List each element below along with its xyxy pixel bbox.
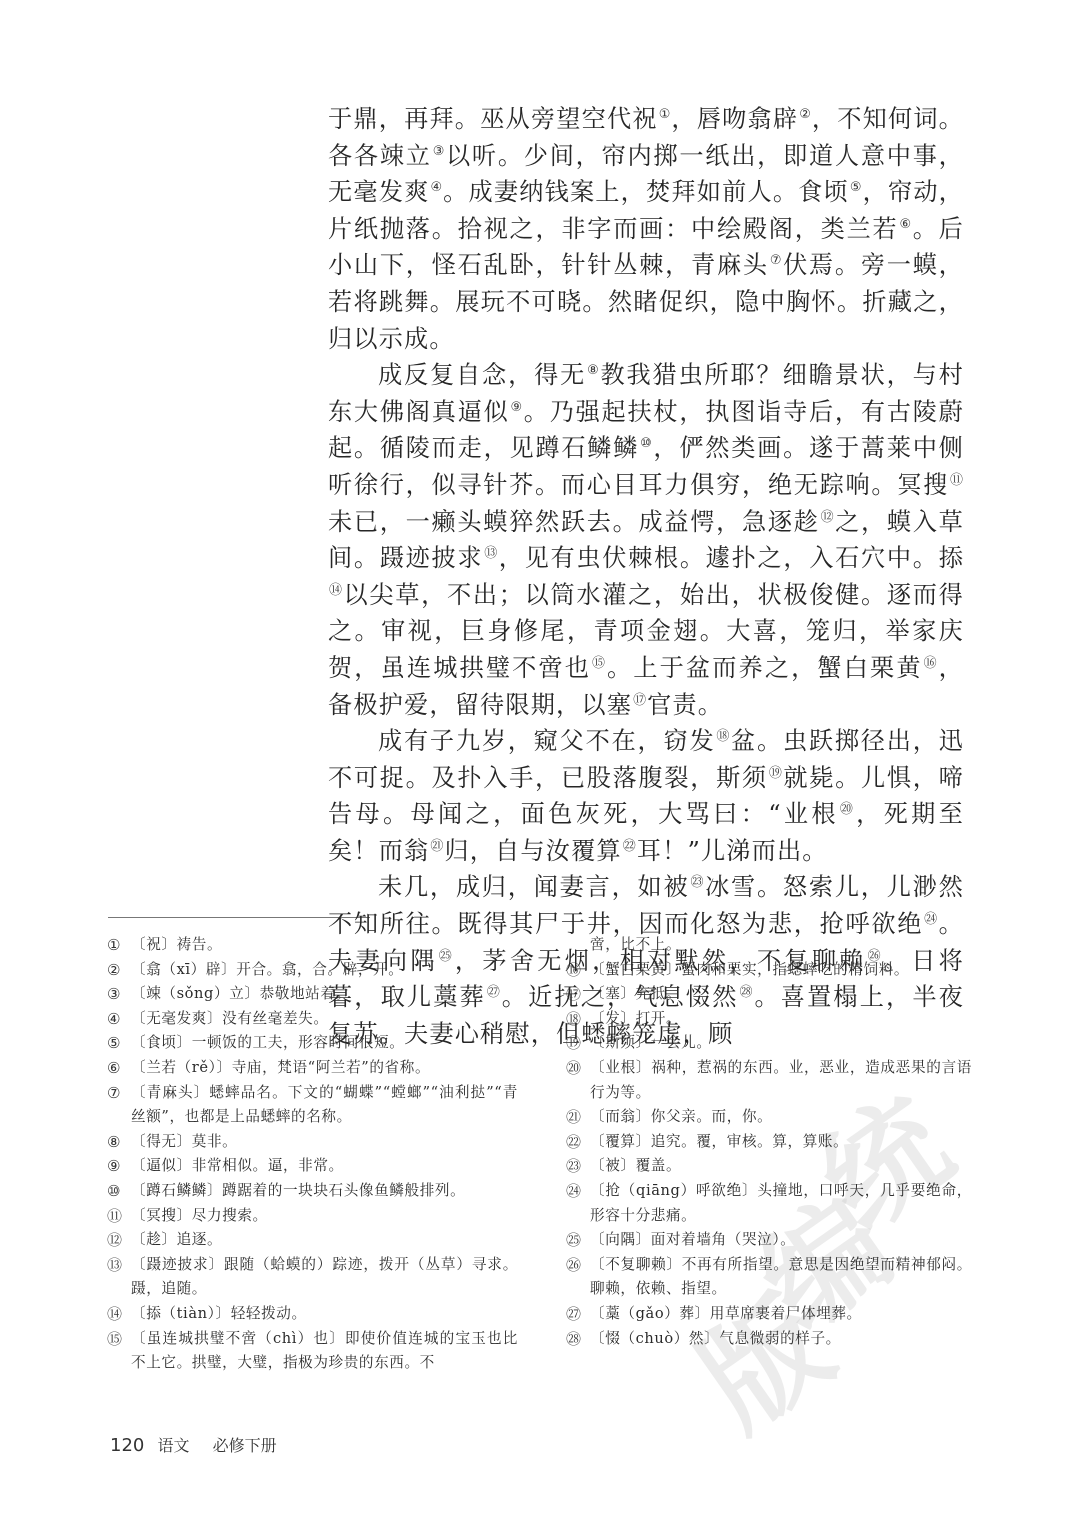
footnote-item: ⑬〔蹑迹披求〕跟随（蛤蟆的）踪迹，拨开（丛草）寻求。蹑，追随。 bbox=[108, 1253, 518, 1302]
text-run: 。上于盆而养之，蟹白栗黄 bbox=[607, 654, 923, 682]
footnote-term: 〔趁〕 bbox=[131, 1231, 177, 1248]
footnote-term: 〔蟹白栗黄〕 bbox=[590, 961, 681, 978]
footnote-ref[interactable]: ③ bbox=[433, 144, 445, 159]
footnote-term: 〔斯须〕 bbox=[590, 1034, 651, 1051]
footnote-text: 你父亲。而，你。 bbox=[651, 1108, 773, 1125]
text-run: 成有子九岁，窥父不在，窃发 bbox=[378, 727, 715, 755]
text-run: 成反复自念，得无 bbox=[378, 361, 586, 389]
text-run: 官责。 bbox=[647, 691, 723, 719]
footnote-term: 〔塞〕 bbox=[590, 985, 636, 1002]
page-footer: 120 语文 必修下册 bbox=[110, 1433, 277, 1456]
footnote-text: 面对着墙角（哭泣）。 bbox=[651, 1231, 796, 1248]
text-run: ，唇吻翕辟 bbox=[671, 105, 798, 133]
paragraph: 成有子九岁，窥父不在，窃发⑱盆。虫跃掷径出，迅不可捉。及扑入手，已股落腹裂，斯须… bbox=[328, 723, 964, 869]
footnote-number: ⑦ bbox=[107, 1081, 121, 1106]
footnote-term: 〔青麻头〕 bbox=[131, 1084, 209, 1101]
footnote-number: ③ bbox=[107, 982, 121, 1007]
footnote-term: 〔蹑迹披求〕 bbox=[131, 1256, 224, 1273]
footnote-number: ㉘ bbox=[566, 1327, 582, 1352]
footnote-number: ⑫ bbox=[107, 1228, 123, 1253]
footnote-ref[interactable]: ⑱ bbox=[716, 729, 730, 744]
footnote-ref[interactable]: ⑲ bbox=[769, 766, 783, 781]
footnote-text: 气息微弱的样子。 bbox=[719, 1330, 841, 1347]
footnote-item: ㉔〔抢（qiāng）呼欲绝〕头撞地，口呼天，几乎要绝命，形容十分悲痛。 bbox=[567, 1179, 972, 1228]
footnote-term: 〔而翁〕 bbox=[590, 1108, 651, 1125]
footnote-item: ㉑〔而翁〕你父亲。而，你。 bbox=[567, 1105, 972, 1130]
footnotes-left-column: ①〔祝〕祷告。②〔翕（xī）辟〕开合。翕，合。辟，开。③〔竦（sǒng）立〕恭敬… bbox=[108, 933, 518, 1376]
footnote-item: ⑲〔斯须〕一会儿。 bbox=[567, 1031, 972, 1056]
footnote-ref[interactable]: ⑩ bbox=[640, 436, 652, 451]
page-number: 120 bbox=[110, 1435, 144, 1456]
footnote-item: ⑭〔掭（tiàn）〕轻轻拨动。 bbox=[108, 1302, 518, 1327]
footnote-item: ④〔无毫发爽〕没有丝毫差失。 bbox=[108, 1007, 518, 1032]
footnote-ref[interactable]: ㉓ bbox=[690, 875, 704, 890]
footnote-number: ㉗ bbox=[566, 1302, 582, 1327]
footnote-text: 非常相似。逼，非常。 bbox=[192, 1157, 344, 1174]
footnote-text: 没有丝毫差失。 bbox=[222, 1010, 328, 1027]
footnote-number: ⑭ bbox=[107, 1302, 123, 1327]
footnote-number: ⑩ bbox=[107, 1179, 121, 1204]
footnote-number: ⑧ bbox=[107, 1130, 121, 1155]
footnote-term: 〔无毫发爽〕 bbox=[131, 1010, 222, 1027]
footnote-number: ⑱ bbox=[566, 1007, 582, 1032]
footnote-ref[interactable]: ⑧ bbox=[587, 363, 599, 378]
footnote-term: 〔掭（tiàn）〕 bbox=[131, 1305, 231, 1322]
footnote-number: ㉑ bbox=[566, 1105, 582, 1130]
footnote-ref[interactable]: ⑤ bbox=[850, 180, 862, 195]
footnote-continuation: 啻，比不上。 bbox=[567, 933, 972, 958]
footnote-text: 莫非。 bbox=[192, 1133, 238, 1150]
footnote-ref[interactable]: ⑬ bbox=[484, 546, 498, 561]
footnote-item: ⑪〔冥搜〕尽力搜索。 bbox=[108, 1204, 518, 1229]
footnote-term: 〔抢（qiāng）呼欲绝〕 bbox=[590, 1182, 757, 1199]
footnote-item: ㉗〔藁（gǎo）葬〕用草席裹着尸体埋葬。 bbox=[567, 1302, 972, 1327]
footnote-number: ㉔ bbox=[566, 1179, 582, 1204]
footnote-text: 用草席裹着尸体埋葬。 bbox=[710, 1305, 862, 1322]
footnote-term: 〔不复聊赖〕 bbox=[590, 1256, 682, 1273]
paragraph: 成反复自念，得无⑧教我猎虫所耶？细瞻景状，与村东大佛阁真逼似⑨。乃强起扶杖，执图… bbox=[328, 357, 964, 723]
footnote-number: ⑨ bbox=[107, 1154, 121, 1179]
footnote-ref[interactable]: ⑫ bbox=[821, 510, 835, 525]
footnote-ref[interactable]: ② bbox=[799, 107, 811, 122]
footnote-number: ㉒ bbox=[566, 1130, 582, 1155]
footnote-ref[interactable]: ⑰ bbox=[633, 693, 646, 708]
footnote-term: 〔藁（gǎo）葬〕 bbox=[590, 1305, 710, 1322]
footnote-item: ⑰〔塞〕充抵。 bbox=[567, 982, 972, 1007]
footnote-term: 〔业根〕 bbox=[590, 1059, 651, 1076]
paragraph: 于鼎，再拜。巫从旁望空代祝①，唇吻翕辟②，不知何词。各各竦立③以听。少间，帘内掷… bbox=[328, 101, 964, 357]
footnote-ref[interactable]: ⑦ bbox=[770, 253, 782, 268]
footnote-ref[interactable]: ⑨ bbox=[511, 400, 523, 415]
footnote-item: ⑤〔食顷〕一顿饭的工夫，形容时间很短。 bbox=[108, 1031, 518, 1056]
footnote-term: 〔兰若（rě）〕 bbox=[131, 1059, 232, 1076]
text-run: 归，自与汝覆算 bbox=[444, 837, 621, 865]
footnote-item: ⑧〔得无〕莫非。 bbox=[108, 1130, 518, 1155]
footnote-ref[interactable]: ⑭ bbox=[329, 583, 343, 598]
footnote-item: ⑫〔趁〕追逐。 bbox=[108, 1228, 518, 1253]
footnote-item: ⑦〔青麻头〕蟋蟀品名。下文的“蝴蝶”“螳螂”“油利挞”“青丝额”，也都是上品蟋蟀… bbox=[108, 1081, 518, 1130]
footnote-ref[interactable]: ⑪ bbox=[950, 473, 963, 488]
footnote-item: ⑨〔逼似〕非常相似。逼，非常。 bbox=[108, 1154, 518, 1179]
footnote-term: 〔逼似〕 bbox=[131, 1157, 192, 1174]
footnote-text: 追究。覆，审核。算，算账。 bbox=[651, 1133, 849, 1150]
footnote-number: ⑪ bbox=[107, 1204, 123, 1229]
text-run: 未已，一癞头蟆猝然跃去。成益愕，急逐趁 bbox=[328, 508, 820, 536]
footnote-text: 蹲踞着的一块块石头像鱼鳞般排列。 bbox=[222, 1182, 465, 1199]
footnote-term: 〔祝〕 bbox=[131, 936, 177, 953]
footnote-term: 〔发〕 bbox=[590, 1010, 636, 1027]
volume-label: 必修下册 bbox=[213, 1436, 277, 1455]
footnote-text: 蟹肉和栗实，指蟋蟀吃的精饲料。 bbox=[681, 961, 909, 978]
text-run: 于鼎，再拜。巫从旁望空代祝 bbox=[328, 105, 658, 133]
footnote-ref[interactable]: ㉑ bbox=[430, 839, 443, 854]
footnote-text: 覆盖。 bbox=[636, 1157, 682, 1174]
footnote-text: 轻轻拨动。 bbox=[231, 1305, 307, 1322]
footnote-term: 〔竦（sǒng）立〕 bbox=[131, 985, 260, 1002]
footnote-term: 〔食顷〕 bbox=[131, 1034, 192, 1051]
footnote-ref[interactable]: ⑯ bbox=[924, 656, 938, 671]
footnote-ref[interactable]: ⑮ bbox=[592, 656, 606, 671]
footnote-ref[interactable]: ㉔ bbox=[924, 912, 938, 927]
footnote-term: 〔虽连城拱璧不啻（chì）也〕 bbox=[131, 1330, 345, 1347]
footnote-number: ⑳ bbox=[566, 1056, 582, 1081]
text-run: 未几，成归，闻妻言，如被 bbox=[378, 873, 689, 901]
footnote-term: 〔被〕 bbox=[590, 1157, 636, 1174]
text-run: ，见有虫伏棘根。遽扑之，入石穴中。掭 bbox=[499, 544, 964, 572]
footnote-item: ⑩〔蹲石鳞鳞〕蹲踞着的一块块石头像鱼鳞般排列。 bbox=[108, 1179, 518, 1204]
footnote-term: 〔覆算〕 bbox=[590, 1133, 651, 1150]
footnote-text: 恭敬地站着。 bbox=[260, 985, 351, 1002]
footnote-term: 〔蹲石鳞鳞〕 bbox=[131, 1182, 222, 1199]
footnote-item: ⑳〔业根〕祸种，惹祸的东西。业，恶业，造成恶果的言语行为等。 bbox=[567, 1056, 972, 1105]
main-text: 于鼎，再拜。巫从旁望空代祝①，唇吻翕辟②，不知何词。各各竦立③以听。少间，帘内掷… bbox=[328, 101, 964, 1052]
footnote-number: ⑬ bbox=[107, 1253, 123, 1278]
footnote-number: ⑲ bbox=[566, 1031, 582, 1056]
footnote-number: ⑤ bbox=[107, 1031, 121, 1056]
footnote-text: 一会儿。 bbox=[651, 1034, 712, 1051]
footnote-number: ㉓ bbox=[566, 1154, 582, 1179]
footnote-term: 〔冥搜〕 bbox=[131, 1207, 192, 1224]
footnote-item: ⑮〔虽连城拱璧不啻（chì）也〕即使价值连城的宝玉也比不上它。拱璧，大璧，指极为… bbox=[108, 1327, 518, 1376]
footnote-number: ⑮ bbox=[107, 1327, 123, 1352]
footnote-text: 寺庙，梵语“阿兰若”的省称。 bbox=[232, 1059, 430, 1076]
footnote-number: ④ bbox=[107, 1007, 121, 1032]
footnote-ref[interactable]: ⑳ bbox=[840, 802, 855, 817]
footnote-term: 〔得无〕 bbox=[131, 1133, 192, 1150]
footnote-term: 〔翕（xī）辟〕 bbox=[131, 961, 236, 978]
footnote-item: ⑱〔发〕打开。 bbox=[567, 1007, 972, 1032]
footnote-item: ③〔竦（sǒng）立〕恭敬地站着。 bbox=[108, 982, 518, 1007]
footnote-text: 追逐。 bbox=[177, 1231, 223, 1248]
subject-label: 语文 bbox=[157, 1436, 189, 1455]
text-run: 耳！”儿涕而出。 bbox=[637, 837, 828, 865]
footnotes-right-column: 啻，比不上。 ⑯〔蟹白栗黄〕蟹肉和栗实，指蟋蟀吃的精饲料。⑰〔塞〕充抵。⑱〔发〕… bbox=[567, 933, 972, 1351]
footnote-text: 一顿饭的工夫，形容时间很短。 bbox=[192, 1034, 405, 1051]
footnote-number: ① bbox=[107, 933, 121, 958]
footnote-item: ㉒〔覆算〕追究。覆，审核。算，算账。 bbox=[567, 1130, 972, 1155]
footnote-ref[interactable]: ⑥ bbox=[899, 217, 911, 232]
footnote-number: ㉕ bbox=[566, 1228, 582, 1253]
footnote-term: 〔向隅〕 bbox=[590, 1231, 651, 1248]
footnote-term: 〔惙（chuò）然〕 bbox=[590, 1330, 719, 1347]
footnote-text: 尽力搜索。 bbox=[192, 1207, 268, 1224]
footnote-text: 祷告。 bbox=[177, 936, 223, 953]
footnote-text: 充抵。 bbox=[636, 985, 682, 1002]
footnote-item: ㉘〔惙（chuò）然〕气息微弱的样子。 bbox=[567, 1327, 972, 1352]
footnote-item: ㉓〔被〕覆盖。 bbox=[567, 1154, 972, 1179]
footnote-item: ①〔祝〕祷告。 bbox=[108, 933, 518, 958]
footnote-number: ② bbox=[107, 958, 121, 983]
footnote-text: 打开。 bbox=[636, 1010, 682, 1027]
footnote-ref[interactable]: ① bbox=[659, 107, 671, 122]
footnote-number: ⑰ bbox=[566, 982, 582, 1007]
textbook-page: 统 编 版 于鼎，再拜。巫从旁望空代祝①，唇吻翕辟②，不知何词。各各竦立③以听。… bbox=[0, 0, 1080, 1527]
footnote-item: ②〔翕（xī）辟〕开合。翕，合。辟，开。 bbox=[108, 958, 518, 983]
footnote-number: ㉖ bbox=[566, 1253, 582, 1278]
footnote-item: ⑯〔蟹白栗黄〕蟹肉和栗实，指蟋蟀吃的精饲料。 bbox=[567, 958, 972, 983]
footnote-number: ⑥ bbox=[107, 1056, 121, 1081]
text-run: 。成妻纳钱案上，焚拜如前人。食顷 bbox=[443, 178, 849, 206]
footnote-item: ㉕〔向隅〕面对着墙角（哭泣）。 bbox=[567, 1228, 972, 1253]
footnote-item: ⑥〔兰若（rě）〕寺庙，梵语“阿兰若”的省称。 bbox=[108, 1056, 518, 1081]
footnote-ref[interactable]: ④ bbox=[430, 180, 442, 195]
footnote-ref[interactable]: ㉒ bbox=[623, 839, 636, 854]
footnote-item: ㉖〔不复聊赖〕不再有所指望。意思是因绝望而精神郁闷。聊赖，依赖、指望。 bbox=[567, 1253, 972, 1302]
footnote-number: ⑯ bbox=[566, 958, 582, 983]
footnote-text: 开合。翕，合。辟，开。 bbox=[236, 961, 403, 978]
